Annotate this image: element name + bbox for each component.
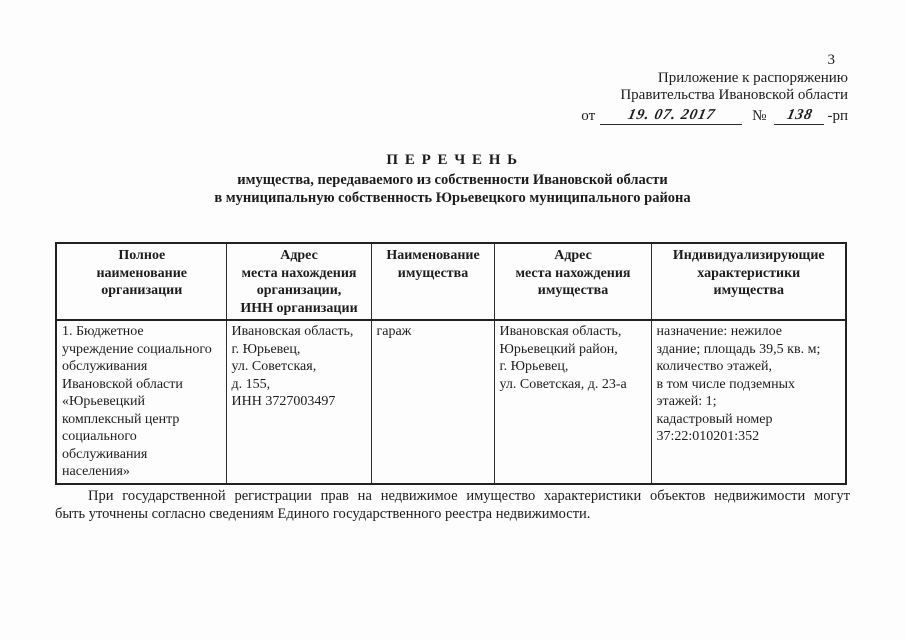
page-number: 3 [828, 52, 836, 69]
cell-organization-address-inn: Ивановская область, г. Юрьевец, ул. Сове… [226, 320, 371, 484]
rp-suffix: -рп [827, 108, 848, 124]
appendix-line-2: Правительства Ивановской области [581, 87, 848, 104]
date-number-line: от19. 07. 2017№138-рп [581, 106, 848, 125]
number-sign: № [752, 108, 766, 124]
col-header-organization-name: Полное наименование организации [56, 243, 226, 320]
date-field: 19. 07. 2017 [600, 106, 742, 125]
document-page: 3 Приложение к распоряжению Правительств… [0, 0, 905, 640]
cell-property-name: гараж [371, 320, 494, 484]
document-subtitle: имущества, передаваемого из собственност… [0, 172, 905, 207]
col-header-property-characteristics: Индивидуализирующие характеристики имуще… [651, 243, 846, 320]
subtitle-line-1: имущества, передаваемого из собственност… [0, 172, 905, 190]
col-header-property-address: Адрес места нахождения имущества [494, 243, 651, 320]
appendix-block: Приложение к распоряжению Правительства … [581, 70, 848, 125]
appendix-line-1: Приложение к распоряжению [581, 70, 848, 87]
cell-property-characteristics: назначение: нежилое здание; площадь 39,5… [651, 320, 846, 484]
handwritten-date: 19. 07. 2017 [626, 107, 717, 124]
col-header-organization-address-inn: Адрес места нахождения организации, ИНН … [226, 243, 371, 320]
property-transfer-table: Полное наименование организации Адрес ме… [55, 242, 847, 485]
footer-note-line-2: быть уточнены согласно сведениям Единого… [55, 506, 850, 524]
col-header-property-name: Наименование имущества [371, 243, 494, 320]
table-row: 1. Бюджетное учреждение социального обсл… [56, 320, 846, 484]
handwritten-number: 138 [785, 107, 814, 124]
date-label: от [581, 108, 595, 124]
number-field: 138 [774, 106, 824, 125]
table-header-row: Полное наименование организации Адрес ме… [56, 243, 846, 320]
cell-property-address: Ивановская область, Юрьевецкий район, г.… [494, 320, 651, 484]
cell-organization-name: 1. Бюджетное учреждение социального обсл… [56, 320, 226, 484]
document-title: П Е Р Е Ч Е Н Ь [0, 152, 905, 169]
footer-note-line-1: При государственной регистрации прав на … [55, 488, 850, 506]
subtitle-line-2: в муниципальную собственность Юрьевецког… [0, 190, 905, 208]
